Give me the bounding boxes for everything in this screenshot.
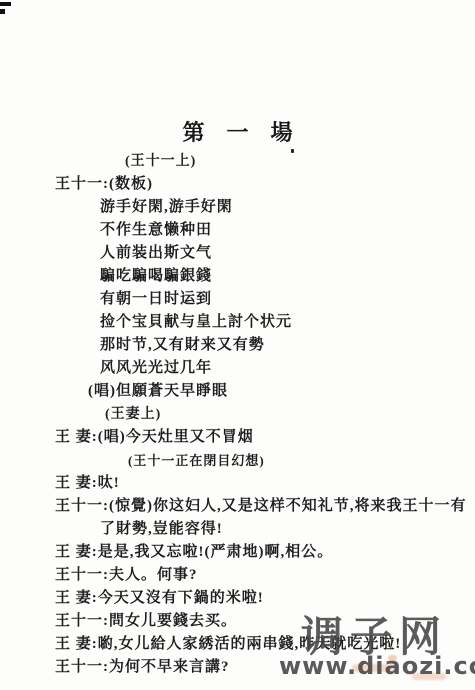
dialogue-text: 为何不早来言講? — [109, 659, 230, 675]
dialogue-text: (惊覺)你这妇人,又是这样不知礼节,将来我王十一有 — [109, 498, 467, 514]
dialogue-text: (唱)今天灶里又不冒烟 — [98, 429, 254, 445]
stage-direction: (王妻上) — [0, 403, 475, 426]
script-line: 王 妻:(唱)今天灶里又不冒烟 — [0, 426, 475, 449]
verse-line: 那时节,又有財来又有勢 — [0, 334, 475, 357]
stage-direction: (王十一上) — [0, 150, 475, 173]
speaker-name: 王十一: — [55, 173, 109, 196]
speaker-name: 王 妻: — [55, 426, 98, 449]
verse-line: 捡个宝貝献与皇上討个状元 — [0, 311, 475, 334]
dialogue-text: 是是,我又忘啦!(严肃地)啊,相公。 — [98, 544, 334, 560]
speaker-name: 王 妻: — [55, 587, 98, 610]
script-line: 王十一:(数板) — [0, 173, 475, 196]
verse-line: 人前装出斯文气 — [0, 242, 475, 265]
verse-line: 有朝一日时运到 — [0, 288, 475, 311]
speaker-name: 王 妻: — [55, 633, 98, 656]
speaker-name: 王十一: — [55, 495, 109, 518]
dialogue-text: 夫人。何事? — [109, 567, 198, 583]
verse-line: 騙吃騙喝騙銀錢 — [0, 265, 475, 288]
stage-direction: (王十一正在閉目幻想) — [0, 449, 475, 472]
script-line: 王 妻:呔! — [0, 472, 475, 495]
verse-line: 风风光光过几年 — [0, 357, 475, 380]
dialogue-text: 問女儿要錢去买。 — [109, 613, 237, 629]
script-line: 王十一:(惊覺)你这妇人,又是这样不知礼节,将来我王十一有 — [0, 495, 475, 518]
watermark-site-url: www.diaozi.com — [279, 652, 475, 680]
script-body: (王十一上) 王十一:(数板) 游手好閑,游手好閑 不作生意懒种田 人前装出斯文… — [0, 150, 475, 679]
script-line: 王 妻:是是,我又忘啦!(严肃地)啊,相公。 — [0, 541, 475, 564]
dialogue-text: (数板) — [109, 176, 153, 192]
speaker-name: 王十一: — [55, 610, 109, 633]
speaker-name: 王 妻: — [55, 541, 98, 564]
script-line: 王十一:夫人。何事? — [0, 564, 475, 587]
dialogue-continuation: 了財勢,豈能容得! — [0, 518, 475, 541]
dialogue-text: 今天又沒有下鍋的米啦! — [98, 590, 264, 606]
speaker-name: 王 妻: — [55, 472, 98, 495]
speaker-name: 王十一: — [55, 564, 109, 587]
verse-line: 不作生意懒种田 — [0, 219, 475, 242]
scene-title: 第一場 — [0, 116, 475, 147]
scan-artifact — [0, 9, 5, 14]
scan-artifact — [0, 2, 11, 6]
dialogue-text: 呔! — [98, 475, 120, 491]
sung-line: (唱)但願蒼天早睜眼 — [0, 380, 475, 403]
verse-line: 游手好閑,游手好閑 — [0, 196, 475, 219]
speaker-name: 王十一: — [55, 656, 109, 679]
scanned-script-page: 第一場 (王十一上) 王十一:(数板) 游手好閑,游手好閑 不作生意懒种田 人前… — [0, 0, 475, 690]
